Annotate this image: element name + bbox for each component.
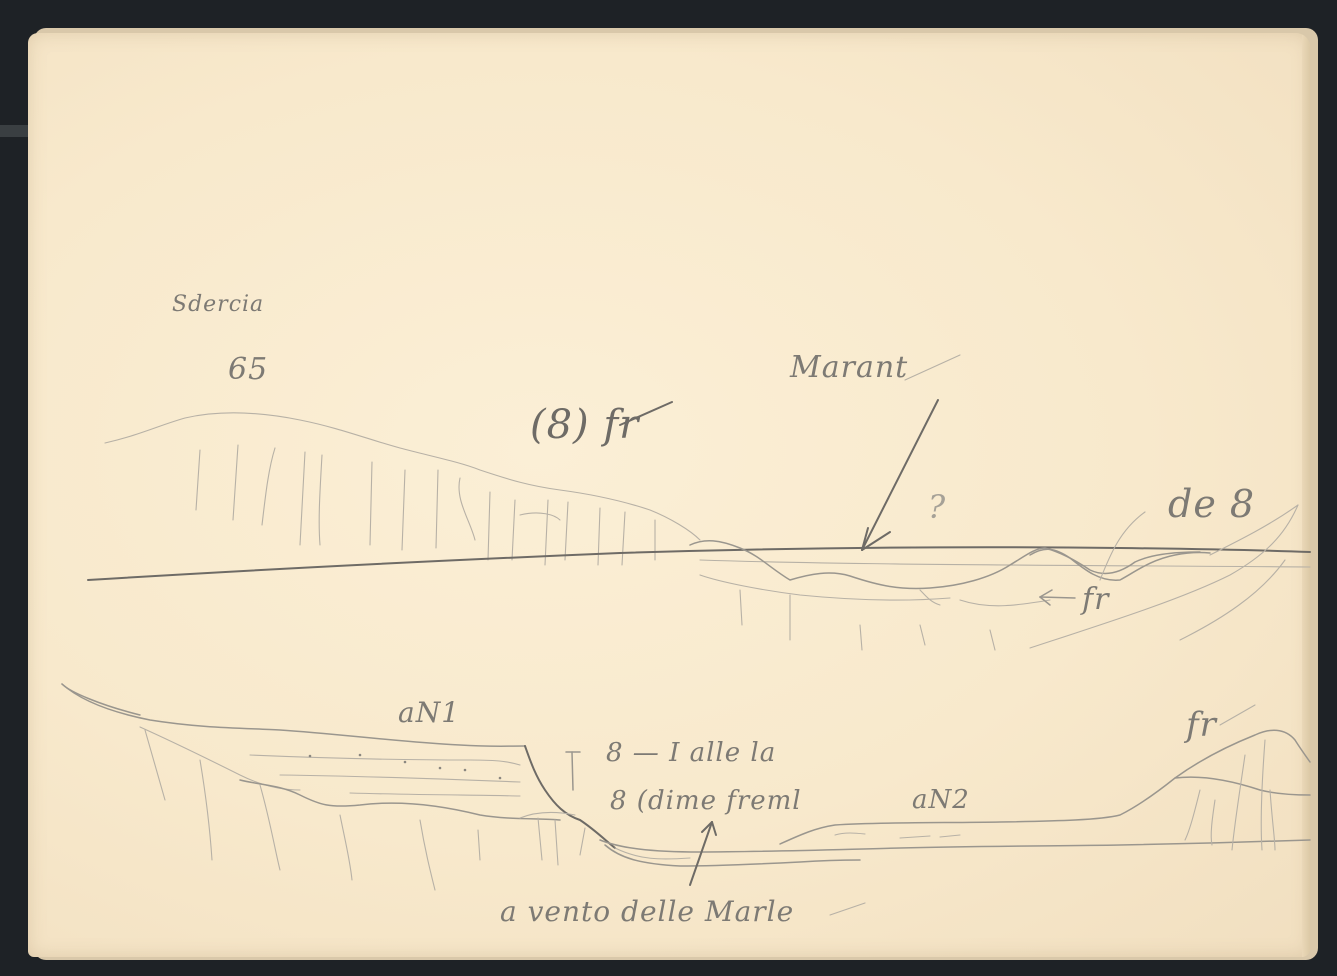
annotation-aN2: aN2 (912, 785, 970, 815)
annotation-fr-far-right: fr (1186, 705, 1217, 745)
pencil-sketch (0, 0, 1337, 976)
annotation-mid-line1: 8 — I alle la (606, 738, 776, 768)
annotation-fr-right: fr (1082, 582, 1109, 617)
upper-cliff-drawing (88, 355, 1310, 650)
annotation-aN1: aN1 (398, 696, 460, 729)
annotation-question-mark: ? (928, 488, 946, 526)
annotation-marant: Marant (790, 350, 908, 385)
annotation-top-left-number: 65 (228, 352, 268, 387)
annotation-bottom-caption: a vento delle Marle (500, 895, 794, 928)
annotation-cliff-label: (8) fr (530, 402, 639, 448)
annotation-mid-line2: 8 (dime freml (610, 786, 802, 816)
annotation-top-left-label: Sdercia (172, 292, 264, 317)
annotation-de-8: de 8 (1168, 482, 1255, 526)
